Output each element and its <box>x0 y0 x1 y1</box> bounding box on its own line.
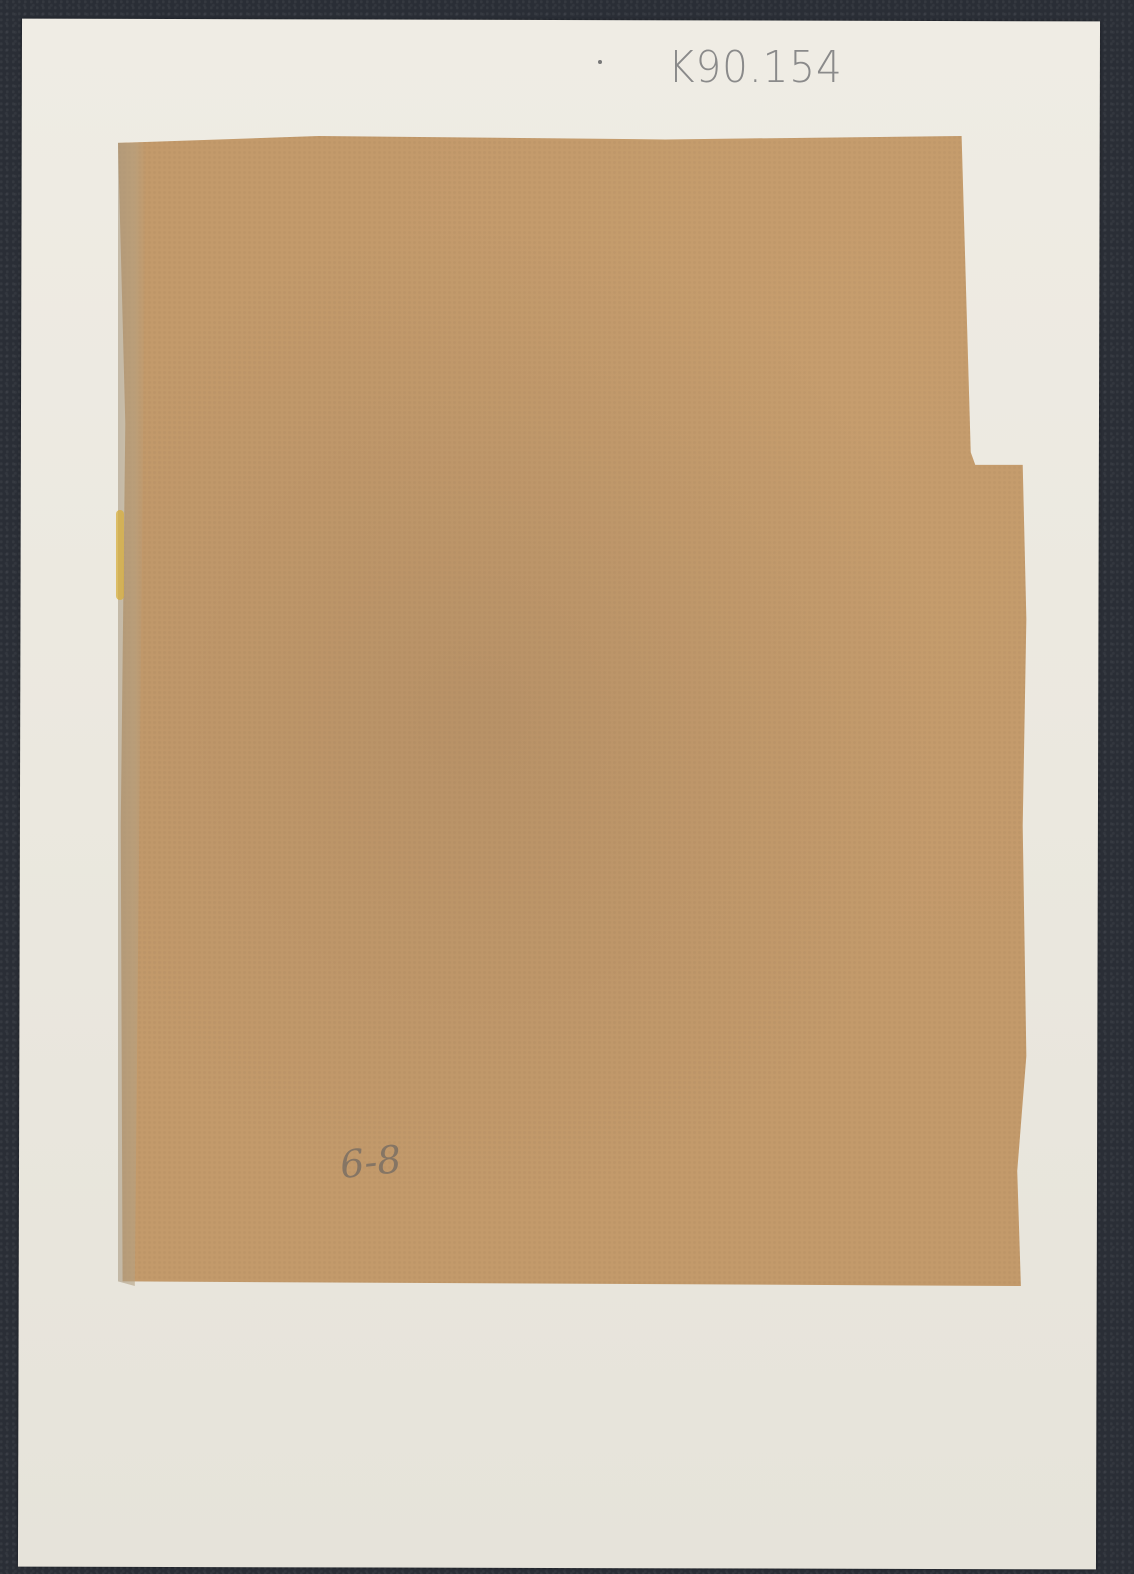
pencil-dot <box>598 60 602 64</box>
cardboard-piece <box>118 136 1030 1286</box>
pencil-note: 6-8 <box>338 1137 403 1187</box>
accession-number: K90.154 <box>668 42 843 93</box>
glue-residue <box>116 510 124 600</box>
